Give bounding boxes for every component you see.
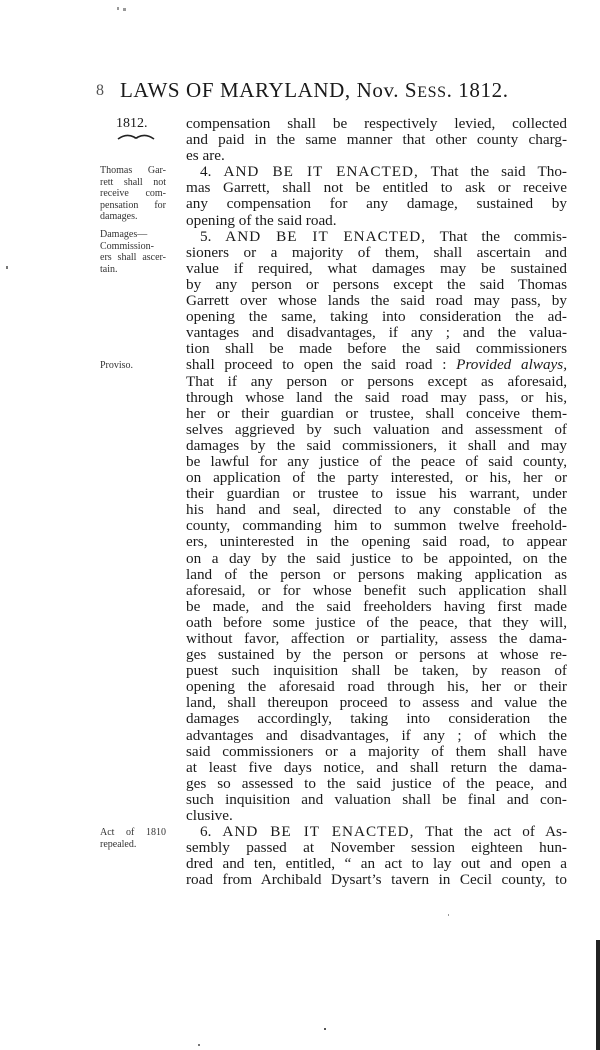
scanned-page: 8 LAWS OF MARYLAND, Nov. SESS. 1812. 181… bbox=[0, 0, 600, 1050]
scan-specks bbox=[0, 0, 600, 1050]
scan-edge bbox=[596, 940, 600, 1050]
